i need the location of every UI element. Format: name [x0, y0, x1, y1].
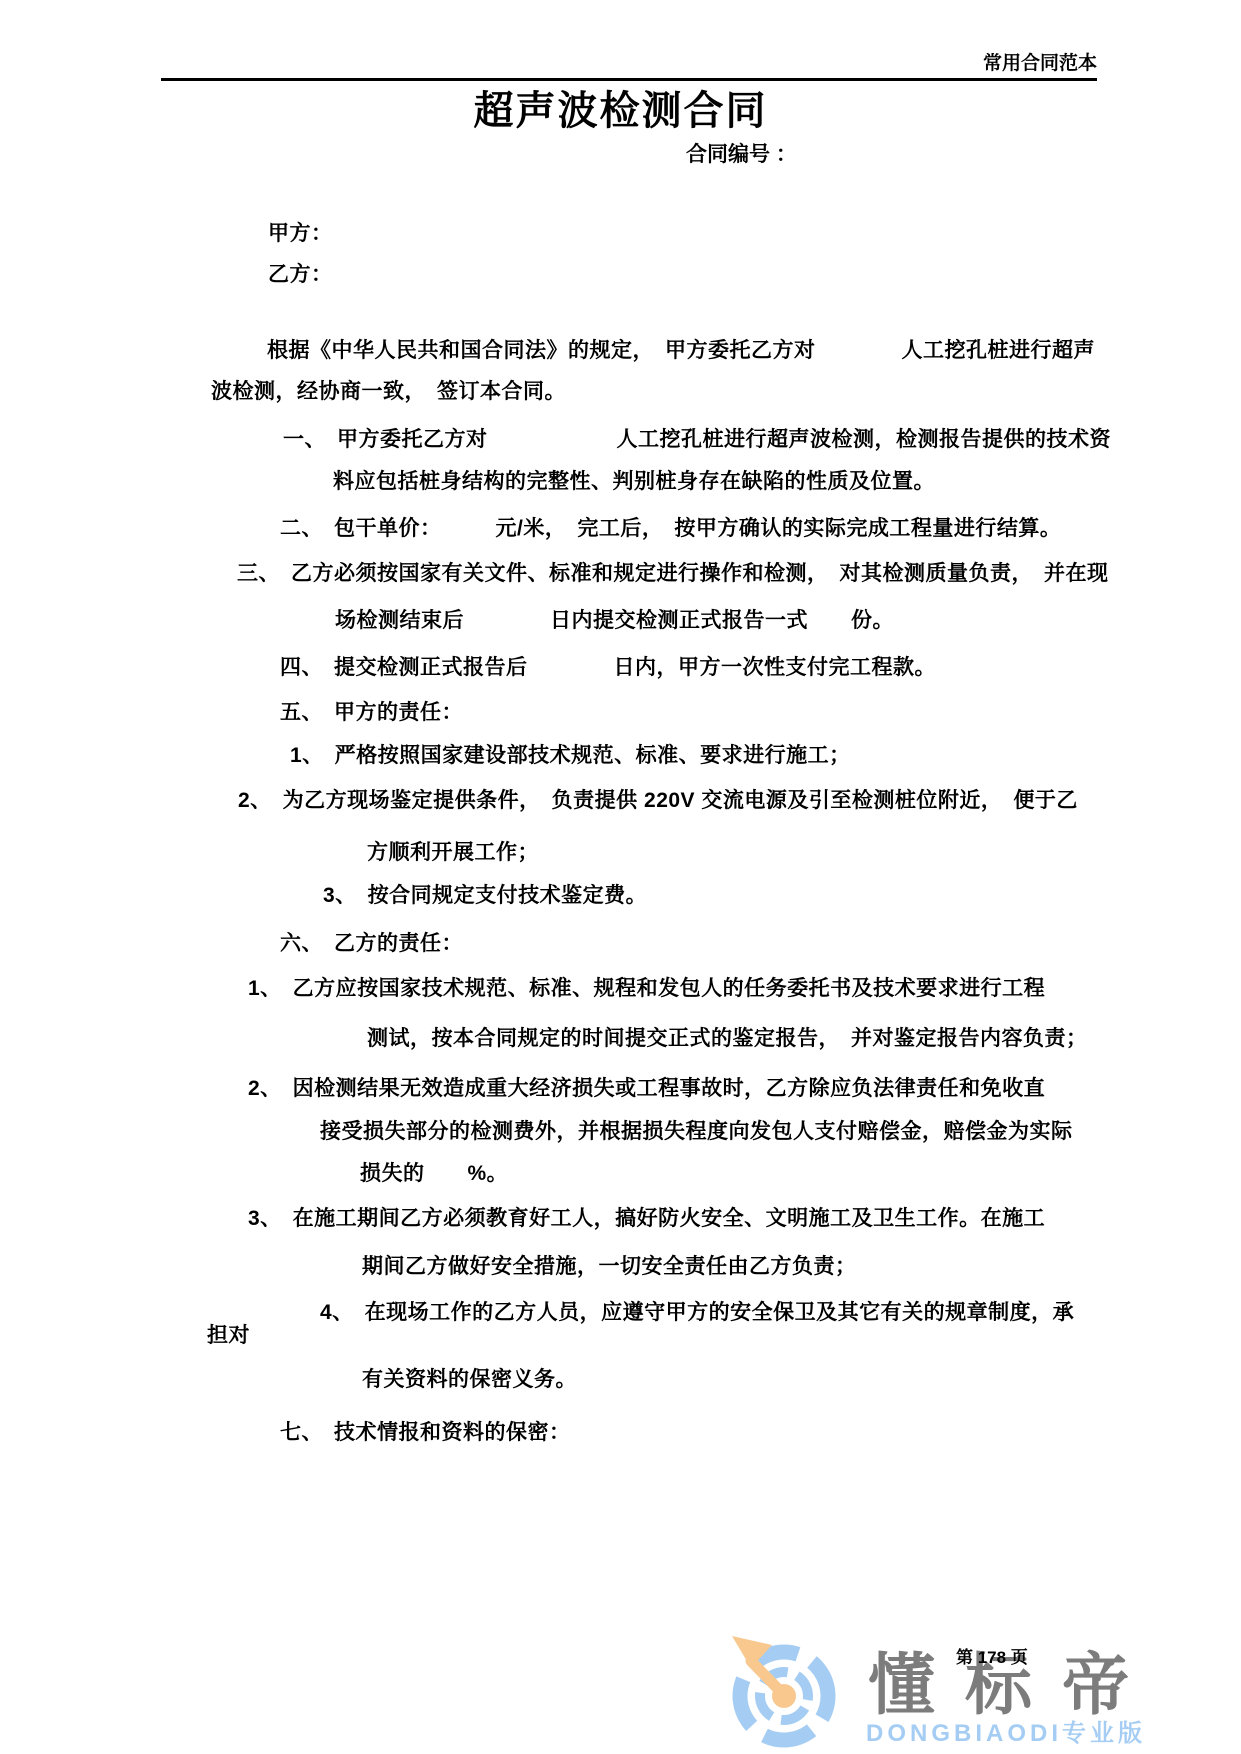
contract-line: 场检测结束后 日内提交检测正式报告一式 份。: [335, 609, 894, 633]
contract-line: 三、 乙方必须按国家有关文件、标准和规定进行操作和检测， 对其检测质量负责， 并…: [237, 562, 1109, 586]
contract-line: 3、 在施工期间乙方必须教育好工人，搞好防火安全、文明施工及卫生工作。在施工: [248, 1207, 1045, 1231]
contract-line: 1、 严格按照国家建设部技术规范、标准、要求进行施工；: [290, 744, 851, 768]
page-title: 超声波检测合同: [0, 79, 1241, 136]
contract-line: 测试，按本合同规定的时间提交正式的鉴定报告， 并对鉴定报告内容负责；: [367, 1027, 1088, 1051]
target-dart-icon: [727, 1631, 839, 1754]
document-page: 常用合同范本 超声波检测合同 合同编号 ： 甲方： 乙方： 根据《中华人民共和国…: [0, 0, 1241, 1754]
contract-line: 根据《中华人民共和国合同法》的规定， 甲方委托乙方对 人工挖孔桩进行超声: [267, 339, 1095, 363]
contract-line: 七、 技术情报和资料的保密：: [280, 1421, 571, 1445]
contract-line: 期间乙方做好安全措施，一切安全责任由乙方负责；: [362, 1255, 857, 1279]
contract-line: 五、 甲方的责任：: [280, 701, 463, 725]
contract-number-label: 合同编号 ：: [686, 138, 797, 168]
contract-line: 四、 提交检测正式报告后 日内，甲方一次性支付完工程款。: [280, 656, 936, 680]
contract-line: 1、 乙方应按国家技术规范、标准、规程和发包人的任务委托书及技术要求进行工程: [248, 977, 1045, 1001]
party-b-label: 乙方：: [268, 263, 333, 287]
contract-line: 一、 甲方委托乙方对 人工挖孔桩进行超声波检测，检测报告提供的技术资: [283, 428, 1111, 452]
contract-line: 损失的 %。: [360, 1162, 508, 1186]
party-a-label: 甲方：: [268, 222, 333, 246]
contract-line: 六、 乙方的责任：: [280, 932, 463, 956]
contract-line: 担对: [207, 1324, 250, 1348]
contract-line: 3、 按合同规定支付技术鉴定费。: [323, 884, 647, 908]
contract-line: 4、 在现场工作的乙方人员，应遵守甲方的安全保卫及其它有关的规章制度，承: [320, 1301, 1074, 1325]
contract-line: 二、 包干单价： 元/米， 完工后， 按甲方确认的实际完成工程量进行结算。: [280, 517, 1061, 541]
contract-line: 有关资料的保密义务。: [362, 1368, 577, 1392]
header-label: 常用合同范本: [983, 48, 1097, 75]
contract-line: 料应包括桩身结构的完整性、判别桩身存在缺陷的性质及位置。: [333, 470, 935, 494]
contract-line: 波检测，经协商一致， 签订本合同。: [211, 380, 566, 404]
contract-line: 接受损失部分的检测费外，并根据损失程度向发包人支付赔偿金，赔偿金为实际: [320, 1120, 1073, 1144]
watermark-brand-latin: DONGBIAODI专业版: [866, 1722, 1146, 1746]
page-number: 第 178 页: [956, 1643, 1028, 1668]
contract-line: 方顺利开展工作；: [367, 841, 539, 865]
contract-line: 2、 为乙方现场鉴定提供条件， 负责提供 220V 交流电源及引至检测桩位附近，…: [238, 789, 1078, 813]
contract-line: 2、 因检测结果无效造成重大经济损失或工程事故时，乙方除应负法律责任和免收直: [248, 1077, 1045, 1101]
